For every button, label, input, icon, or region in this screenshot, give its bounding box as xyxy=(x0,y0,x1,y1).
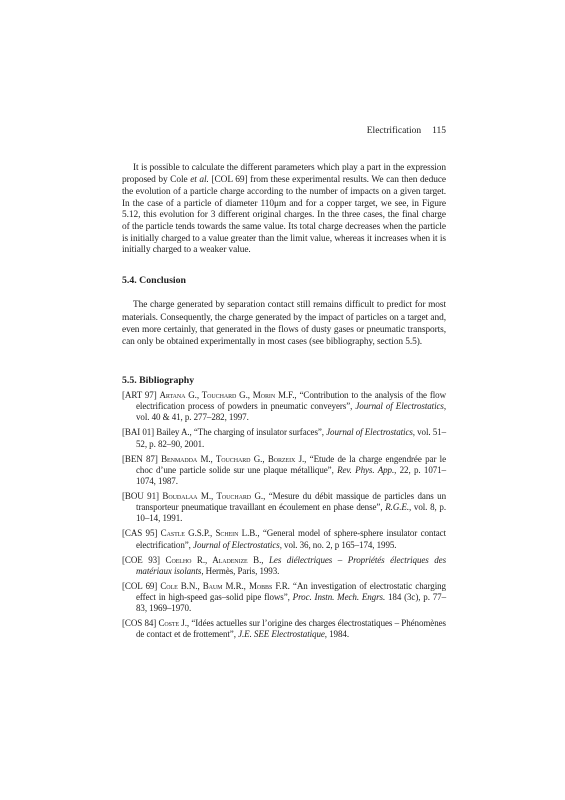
text-segment: Rev. Phys. App. xyxy=(337,465,394,475)
text-segment: Journal of Electrostatics xyxy=(355,401,443,411)
section-heading-conclusion: 5.4. Conclusion xyxy=(122,275,446,287)
text-segment: Castle G.S.P., Schein L.B., xyxy=(161,528,263,538)
text-segment: Coste J., xyxy=(158,618,191,628)
bibliography-entry-label: [COS 84] xyxy=(122,618,158,628)
bibliography-entry-label: [BAI 01] xyxy=(122,427,156,437)
intro-paragraph: It is possible to calculate the differen… xyxy=(122,163,446,257)
text-segment: , Hermès, Paris, 1993. xyxy=(201,566,279,576)
text-segment: Artana G., Touchard G., Morin M.F., xyxy=(160,390,300,400)
bibliography-entry-label: [COE 93] xyxy=(122,555,166,565)
bibliography-entry-label: [COL 69] xyxy=(122,581,160,591)
text-segment: Proc. Instn. Mech. Engrs. xyxy=(293,592,385,602)
text-segment: [COL 69] from these experimental results… xyxy=(122,175,446,255)
text-segment: Bailey A., “The charging of insulator su… xyxy=(156,427,326,437)
text-segment: Journal of Electrostatics xyxy=(326,427,413,437)
text-segment: Benmadda M., Touchard G., Borzeix J., xyxy=(161,454,310,464)
bibliography-entry-label: [BOU 91] xyxy=(122,491,162,501)
running-head: Electrification 115 xyxy=(122,126,446,137)
bibliography-entry-label: [ART 97] xyxy=(122,390,160,400)
bibliography-entry-label: [CAS 95] xyxy=(122,528,161,538)
bibliography-entry: [BOU 91] Boudalaa M., Touchard G., “Mesu… xyxy=(122,491,446,525)
text-segment: Boudalaa M., Touchard G., xyxy=(162,491,268,501)
text-segment: J.E. SEE Electrostatique xyxy=(238,629,325,639)
section-heading-bibliography: 5.5. Bibliography xyxy=(122,375,446,387)
text-segment: , 1984. xyxy=(325,629,349,639)
text-segment: Coelho R., Aladenize B., xyxy=(166,555,269,565)
bibliography-entry: [COE 93] Coelho R., Aladenize B., Les di… xyxy=(122,555,446,577)
text-segment: Journal of Electrostatics xyxy=(193,540,280,550)
bibliography-entry: [COL 69] Cole B.N., Baum M.R., Mobbs F.R… xyxy=(122,581,446,615)
conclusion-paragraph: The charge generated by separation conta… xyxy=(122,299,446,348)
running-title: Electrification xyxy=(367,126,421,137)
text-segment: et al. xyxy=(190,175,209,185)
bibliography-entry: [CAS 95] Castle G.S.P., Schein L.B., “Ge… xyxy=(122,528,446,550)
text-segment: , vol. 36, no. 2, p 165–174, 1995. xyxy=(280,540,397,550)
bibliography-entry: [COS 84] Coste J., “Idées actuelles sur … xyxy=(122,618,446,640)
bibliography-entry: [BAI 01] Bailey A., “The charging of ins… xyxy=(122,427,446,449)
bibliography-entry-label: [BEN 87] xyxy=(122,454,161,464)
book-page: Electrification 115 It is possible to ca… xyxy=(0,0,565,800)
page-number: 115 xyxy=(432,126,446,137)
bibliography-entry: [BEN 87] Benmadda M., Touchard G., Borze… xyxy=(122,454,446,488)
bibliography-list: [ART 97] Artana G., Touchard G., Morin M… xyxy=(122,390,446,644)
text-segment: R.G.E. xyxy=(385,502,409,512)
bibliography-entry: [ART 97] Artana G., Touchard G., Morin M… xyxy=(122,390,446,424)
text-segment: Cole B.N., Baum M.R., Mobbs F.R. xyxy=(160,581,293,591)
